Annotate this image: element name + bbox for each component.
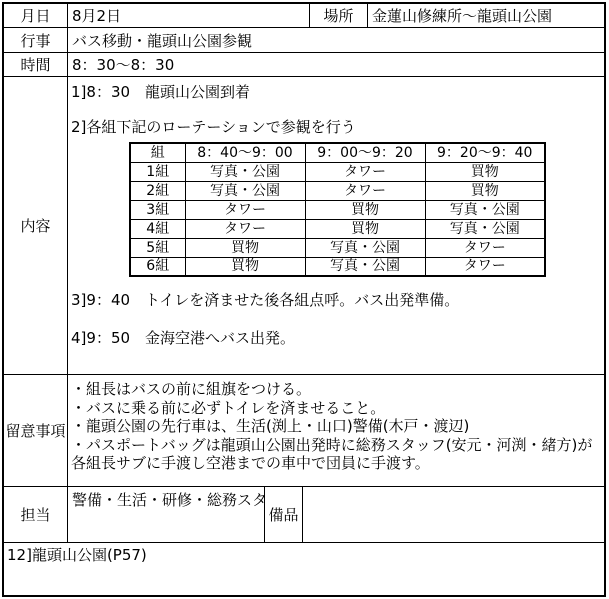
rotation-table: 組 8：40～9：00 9：00～9：20 9：20～9：40 1組 写真・公園… [129, 142, 546, 277]
rotation-cell: 5組 [130, 238, 185, 257]
rotation-row-2: 2組 写真・公園 タワー 買物 [130, 181, 545, 200]
content-line-1: 1]8：30 龍頭山公園到着 [71, 83, 600, 101]
content-label: 内容 [4, 77, 68, 374]
rotation-cell: タワー [425, 257, 545, 276]
note-line: ・組長はバスの前に組旗をつける。 [71, 380, 600, 399]
rotation-cell: 買物 [185, 257, 305, 276]
date-label: 月日 [4, 4, 68, 27]
place-value: 金蓮山修練所～龍頭山公園 [368, 4, 604, 27]
event-row: 行事 バス移動・龍頭山公園参観 [4, 28, 604, 53]
rotation-row-1: 1組 写真・公園 タワー 買物 [130, 162, 545, 181]
time-row: 時間 8：30～8：30 [4, 53, 604, 77]
time-value: 8：30～8：30 [68, 53, 604, 76]
note-line: ・龍頭公園の先行車は、生活(渕上・山口)警備(木戸・渡辺) [71, 417, 600, 436]
equipment-value [303, 487, 604, 542]
rotation-row-6: 6組 買物 写真・公園 タワー [130, 257, 545, 276]
rotation-cell: 写真・公園 [305, 257, 425, 276]
rotation-cell: タワー [185, 200, 305, 219]
staff-label: 担当 [4, 487, 68, 542]
rotation-header-group: 組 [130, 143, 185, 162]
rotation-cell: 写真・公園 [305, 238, 425, 257]
schedule-document: 月日 8月2日 場所 金蓮山修練所～龍頭山公園 行事 バス移動・龍頭山公園参観 … [2, 2, 606, 597]
rotation-cell: 買物 [305, 219, 425, 238]
rotation-cell: 4組 [130, 219, 185, 238]
place-label: 場所 [310, 4, 368, 27]
event-value: バス移動・龍頭山公園参観 [68, 28, 604, 52]
note-line: 各組長サブに手渡し空港までの車中で団員に手渡す。 [71, 454, 600, 473]
rotation-header-slot1: 8：40～9：00 [185, 143, 305, 162]
header-row: 月日 8月2日 場所 金蓮山修練所～龍頭山公園 [4, 4, 604, 28]
rotation-cell: タワー [305, 181, 425, 200]
content-body: 1]8：30 龍頭山公園到着 2]各組下記のローテーションで参観を行う 組 8：… [68, 77, 604, 374]
equipment-label: 備品 [265, 487, 303, 542]
rotation-cell: タワー [185, 219, 305, 238]
rotation-cell: 買物 [185, 238, 305, 257]
content-line-2: 2]各組下記のローテーションで参観を行う [71, 118, 600, 136]
note-line: ・パスポートバッグは龍頭山公園出発時に総務スタッフ(安元・河渕・緒方)が [71, 436, 600, 455]
content-line-4: 4]9：50 金海空港へバス出発。 [71, 329, 600, 347]
rotation-cell: 3組 [130, 200, 185, 219]
rotation-row-4: 4組 タワー 買物 写真・公園 [130, 219, 545, 238]
event-label: 行事 [4, 28, 68, 52]
rotation-cell: タワー [305, 162, 425, 181]
rotation-cell: 写真・公園 [425, 219, 545, 238]
content-row: 内容 1]8：30 龍頭山公園到着 2]各組下記のローテーションで参観を行う 組… [4, 77, 604, 375]
rotation-cell: 写真・公園 [425, 200, 545, 219]
date-value: 8月2日 [68, 4, 310, 27]
notes-label: 留意事項 [4, 375, 68, 486]
rotation-cell: 6組 [130, 257, 185, 276]
rotation-cell: 買物 [425, 181, 545, 200]
rotation-row-5: 5組 買物 写真・公園 タワー [130, 238, 545, 257]
rotation-row-3: 3組 タワー 買物 写真・公園 [130, 200, 545, 219]
rotation-header-row: 組 8：40～9：00 9：00～9：20 9：20～9：40 [130, 143, 545, 162]
rotation-cell: タワー [425, 238, 545, 257]
notes-row: 留意事項 ・組長はバスの前に組旗をつける。 ・バスに乗る前に必ずトイレを済ませる… [4, 375, 604, 487]
time-label: 時間 [4, 53, 68, 76]
note-line: ・バスに乗る前に必ずトイレを済ませること。 [71, 399, 600, 418]
rotation-cell: 買物 [425, 162, 545, 181]
staff-value: 警備・生活・研修・総務スタッフ [68, 487, 265, 542]
content-line-3: 3]9：40 トイレを済ませた後各組点呼。バス出発準備。 [71, 291, 600, 309]
rotation-header-slot3: 9：20～9：40 [425, 143, 545, 162]
footer-text: 12]龍頭山公園(P57) [4, 543, 604, 595]
notes-body: ・組長はバスの前に組旗をつける。 ・バスに乗る前に必ずトイレを済ませること。 ・… [68, 375, 604, 486]
staff-row: 担当 警備・生活・研修・総務スタッフ 備品 [4, 487, 604, 543]
rotation-cell: 1組 [130, 162, 185, 181]
footer-row: 12]龍頭山公園(P57) [4, 543, 604, 595]
rotation-cell: 写真・公園 [185, 162, 305, 181]
rotation-cell: 2組 [130, 181, 185, 200]
rotation-cell: 写真・公園 [185, 181, 305, 200]
rotation-cell: 買物 [305, 200, 425, 219]
rotation-header-slot2: 9：00～9：20 [305, 143, 425, 162]
